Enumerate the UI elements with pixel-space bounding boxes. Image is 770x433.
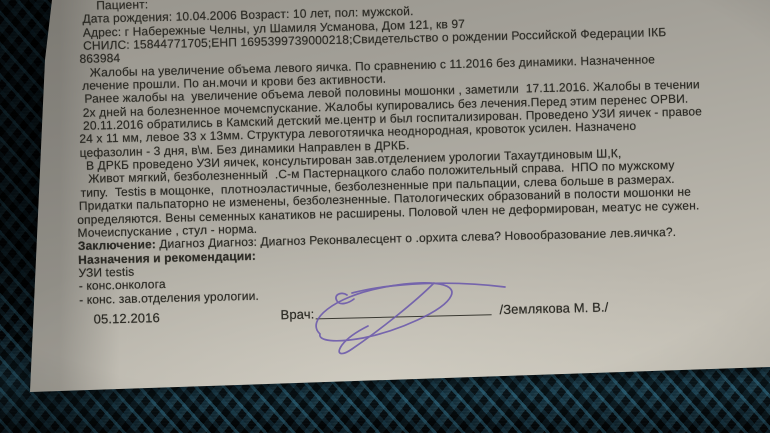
history-line-1: Ранее жалобы на увеличение объема левой … [84, 77, 764, 106]
exam-line-2: типу. Testis в мощонке, плотноэластичные… [80, 171, 766, 201]
dob-line: Дата рождения: 10.04.2006 Возраст: 10 ле… [82, 0, 762, 27]
history-line-3: 20.11.2016 обратились в Камский детский … [83, 104, 765, 133]
signature-underline [315, 301, 491, 319]
exam-line-4: определяются. Вены семенных канатиков не… [77, 197, 767, 227]
recommendation-item-3: - конс. зав.отделения урологии. [79, 277, 769, 307]
paper-wrap: Пациент: Дата рождения: 10.04.2006 Возра… [0, 0, 770, 433]
address-line: Адрес: г Набережные Челны, ул Шамиля Усм… [83, 10, 763, 39]
snils-line: СНИЛС: 15844771705;ЕНП 1695399739000218;… [83, 24, 763, 53]
recommendations-heading: Назначения и рекомендации: [78, 237, 768, 267]
patient-line-clipped: Пациент: [96, 0, 762, 13]
ultrasound-line: 24 х 11 мм, левое 33 х 13мм. Структура л… [79, 117, 765, 147]
document-date: 05.12.2016 [93, 311, 160, 326]
exam-line-3: Придатки пальпаторно не изменены, безбол… [79, 184, 767, 214]
doctor-label: Врач: [280, 307, 314, 321]
recommendation-item-2: - конс.онколога [79, 264, 769, 294]
treatment-line: цефазолин - 3 дня, в\м. Без динамики Нап… [80, 131, 766, 161]
conclusion-text: Диагноз Диагноз: Диагноз Реконвалесцент … [156, 225, 677, 251]
doctor-name: /Землякова М. В./ [499, 300, 608, 316]
exam-line-5: Мочеиспускание , стул - норма. [77, 211, 767, 241]
document-text: Пациент: Дата рождения: 10.04.2006 Возра… [72, 0, 770, 331]
signature-block: 05.12.2016 Врач: /Землякова М. В./ [79, 295, 769, 331]
recommendation-item-1: УЗИ testis [78, 251, 768, 281]
signature-icon [0, 0, 770, 433]
document-paper: Пациент: Дата рождения: 10.04.2006 Возра… [0, 0, 770, 433]
conclusion-line: Заключение: Диагноз Диагноз: Диагноз Рек… [78, 224, 768, 254]
snils-line-continued: 863984 [79, 37, 763, 66]
complaints-line-1: Жалобы на увеличение объема левого яичка… [90, 51, 764, 80]
exam-line-1: Живот мягкий, безболезненный .С-м Пастер… [88, 157, 766, 186]
complaints-line-2: лечение прошли. По ан.мочи и крови без а… [82, 64, 764, 93]
drkb-line: В ДРКБ проведено УЗИ яичек, консультиров… [86, 144, 766, 173]
history-line-2: 2х дней на болезненное мочемспускание. Ж… [83, 91, 765, 120]
conclusion-label: Заключение: [78, 237, 156, 253]
